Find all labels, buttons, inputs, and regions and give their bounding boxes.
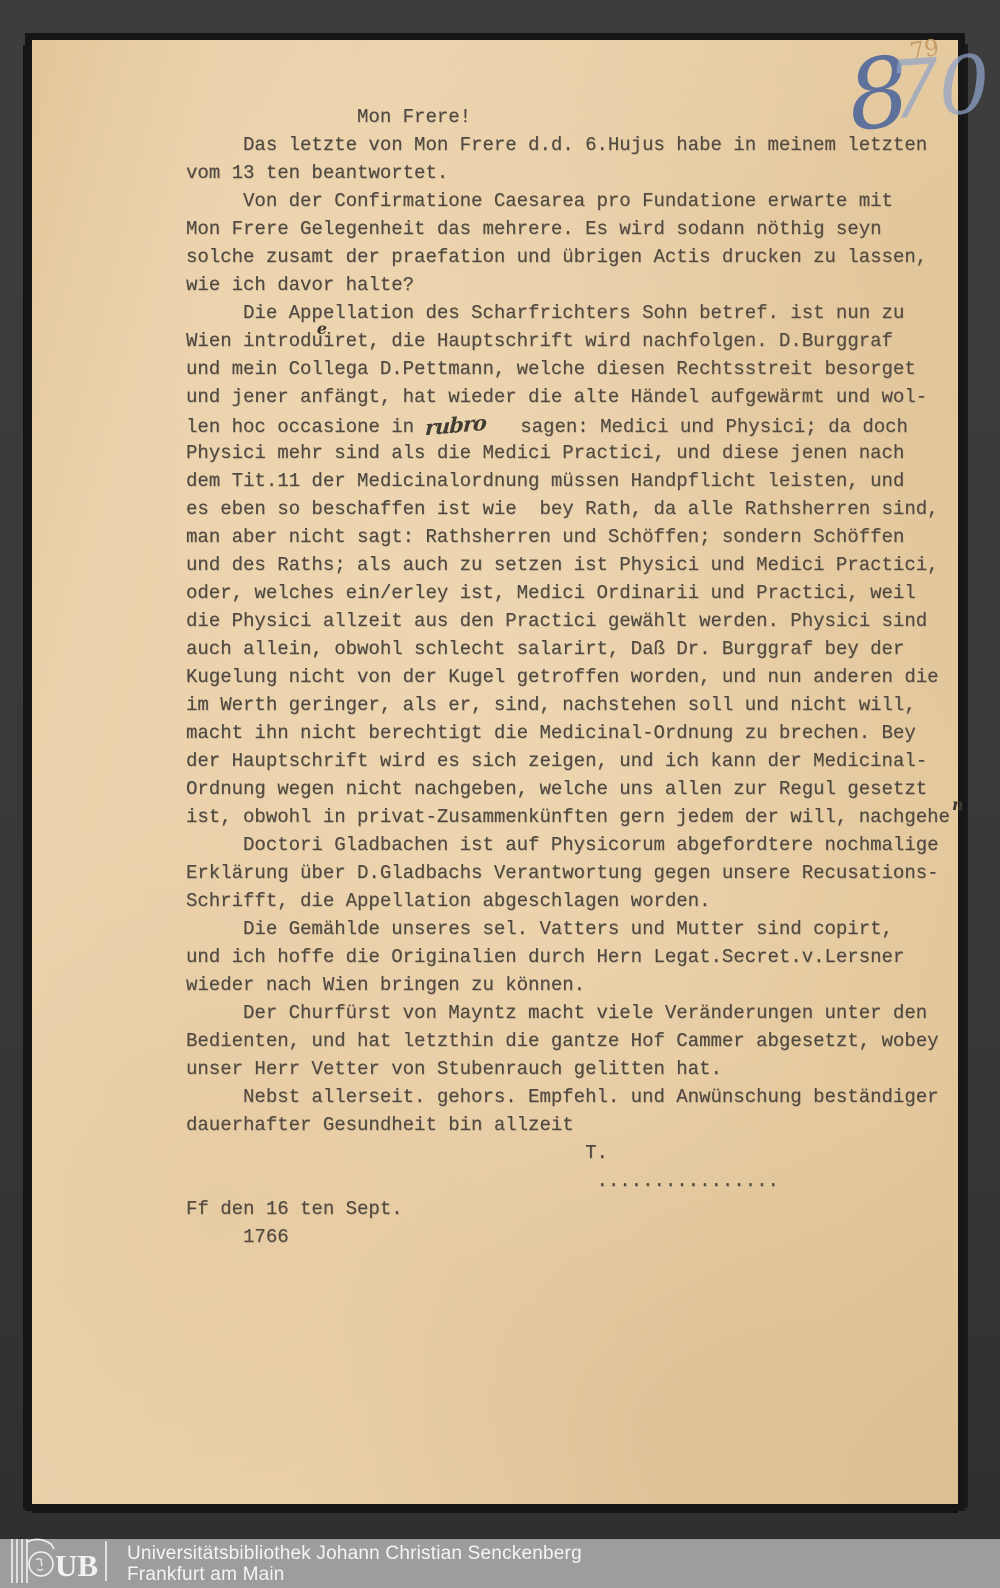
letter-line: man aber nicht sagt: Rathsherren und Sch… — [186, 523, 976, 551]
letter-line: Der Churfürst von Mayntz macht viele Ver… — [186, 999, 976, 1027]
letter-line: und jener anfängt, hat wieder die alte H… — [186, 383, 976, 411]
typed-text-segment: len hoc occasione in — [186, 416, 425, 438]
handwritten-word-rubro: rubro — [425, 408, 498, 443]
penciled-folio-number: 79 — [908, 37, 941, 64]
letter-line-with-handwriting: len hoc occasione in rubro sagen: Medici… — [186, 411, 976, 439]
letter-line: Die Gemählde unseres sel. Vatters und Mu… — [186, 915, 976, 943]
letter-line: Nebst allerseit. gehors. Empfehl. und An… — [186, 1083, 976, 1111]
letter-line: solche zusamt der praefation und übrigen… — [186, 243, 976, 271]
letter-line: Kugelung nicht von der Kugel getroffen w… — [186, 663, 976, 691]
typed-text-segment: sagen: Medici und Physici; da doch — [497, 416, 907, 438]
letter-line: und des Raths; als auch zu setzen ist Ph… — [186, 551, 976, 579]
letter-line: wie ich davor halte? — [186, 271, 976, 299]
scanned-letter-page: 8 70 79 Mon Frere! Das letzte von Mon Fr… — [32, 40, 958, 1504]
typed-text-segment: iret, die Hauptschrift wird nachfolgen. … — [323, 330, 893, 352]
letter-line: Mon Frere Gelegenheit das mehrere. Es wi… — [186, 215, 976, 243]
letter-line: der Hauptschrift wird es sich zeigen, un… — [186, 747, 976, 775]
library-footer-bar: UB Universitätsbibliothek Johann Christi… — [0, 1539, 1000, 1588]
letter-line: macht ihn nicht berechtigt die Medicinal… — [186, 719, 976, 747]
letter-line: dem Tit.11 der Medicinalordnung müssen H… — [186, 467, 976, 495]
letter-dotted-signature-line: ................ — [186, 1167, 976, 1195]
typewritten-letter-text: Mon Frere! Das letzte von Mon Frere d.d.… — [186, 103, 976, 1251]
letter-line: auch allein, obwohl schlecht salarirt, D… — [186, 635, 976, 663]
letter-line: dauerhafter Gesundheit bin allzeit — [186, 1111, 976, 1139]
letter-salutation: Mon Frere! — [186, 103, 976, 131]
letter-line: Erklärung über D.Gladbachs Verantwortung… — [186, 859, 976, 887]
ub-logo-icon: UB — [9, 1538, 111, 1584]
letter-line: die Physici allzeit aus den Practici gew… — [186, 607, 976, 635]
library-institution: Universitätsbibliothek Johann Christian … — [127, 1543, 582, 1564]
letter-line: oder, welches ein/erley ist, Medici Ordi… — [186, 579, 976, 607]
letter-line: Bedienten, und hat letzthin die gantze H… — [186, 1027, 976, 1055]
letter-line: im Werth geringer, als er, sind, nachste… — [186, 691, 976, 719]
letter-line: und mein Collega D.Pettmann, welche dies… — [186, 355, 976, 383]
letter-dateline: Ff den 16 ten Sept. — [186, 1195, 976, 1223]
letter-signature-initial: T. — [186, 1139, 976, 1167]
letter-line: Physici mehr sind als die Medici Practic… — [186, 439, 976, 467]
letter-line: Schrifft, die Appellation abgeschlagen w… — [186, 887, 976, 915]
letter-line: Das letzte von Mon Frere d.d. 6.Hujus ha… — [186, 131, 976, 159]
letter-line: Doctori Gladbachen ist auf Physicorum ab… — [186, 831, 976, 859]
letter-line: wieder nach Wien bringen zu können. — [186, 971, 976, 999]
svg-text:UB: UB — [55, 1548, 98, 1583]
letter-line: Von der Confirmatione Caesarea pro Funda… — [186, 187, 976, 215]
letter-line: vom 13 ten beantwortet. — [186, 159, 976, 187]
ub-library-logo: UB — [9, 1538, 111, 1588]
letter-line: unser Herr Vetter von Stubenrauch gelitt… — [186, 1055, 976, 1083]
library-city: Frankfurt am Main — [127, 1564, 582, 1585]
typed-text-segment: Wien introdu — [186, 330, 323, 352]
letter-line: Die Appellation des Scharfrichters Sohn … — [186, 299, 976, 327]
library-name-block: Universitätsbibliothek Johann Christian … — [127, 1543, 582, 1585]
letter-line-with-correction: Wien introdueiret, die Hauptschrift wird… — [186, 327, 976, 355]
letter-year: 1766 — [186, 1223, 976, 1251]
typed-text-segment: ist, obwohl in privat-Zusammenkünften ge… — [186, 806, 950, 828]
letter-line: und ich hoffe die Originalien durch Hern… — [186, 943, 976, 971]
letter-line-with-correction: ist, obwohl in privat-Zusammenkünften ge… — [186, 803, 976, 831]
letter-line: es eben so beschaffen ist wie bey Rath, … — [186, 495, 976, 523]
letter-line: Ordnung wegen nicht nachgeben, welche un… — [186, 775, 976, 803]
